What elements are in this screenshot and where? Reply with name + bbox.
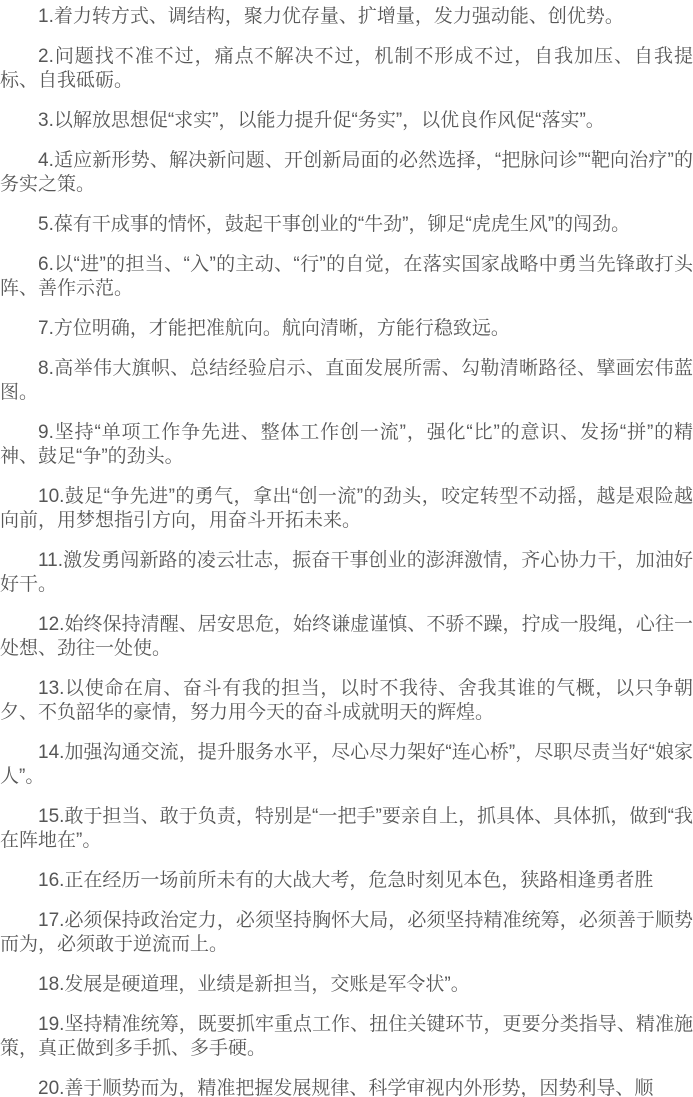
paragraph-14: 14.加强沟通交流，提升服务水平，尽心尽力架好“连心桥”，尽职尽责当好“娘家人”… [0, 741, 693, 789]
paragraph-16: 16.正在经历一场前所未有的大战大考，危急时刻见本色，狭路相逢勇者胜 [0, 869, 693, 893]
paragraph-10: 10.鼓足“争先进”的勇气，拿出“创一流”的劲头，咬定转型不动摇，越是艰险越向前… [0, 485, 693, 533]
paragraph-12: 12.始终保持清醒、居安思危，始终谦虚谨慎、不骄不躁，拧成一股绳，心往一处想、劲… [0, 613, 693, 661]
paragraph-20: 20.善于顺势而为，精准把握发展规律、科学审视内外形势，因势利导、顺 [0, 1077, 693, 1097]
paragraph-19: 19.坚持精准统筹，既要抓牢重点工作、扭住关键环节，更要分类指导、精准施策，真正… [0, 1013, 693, 1061]
paragraph-6: 6.以“进”的担当、“入”的主动、“行”的自觉，在落实国家战略中勇当先锋敢打头阵… [0, 253, 693, 301]
document-page: 1.着力转方式、调结构，聚力优存量、扩增量，发力强动能、创优势。2.问题找不准不… [0, 0, 693, 1097]
paragraph-11: 11.激发勇闯新路的凌云壮志，振奋干事创业的澎湃激情，齐心协力干，加油好好干。 [0, 549, 693, 597]
paragraph-17: 17.必须保持政治定力，必须坚持胸怀大局，必须坚持精准统筹，必须善于顺势而为，必… [0, 909, 693, 957]
paragraph-9: 9.坚持“单项工作争先进、整体工作创一流”，强化“比”的意识、发扬“拼”的精神、… [0, 421, 693, 469]
paragraph-3: 3.以解放思想促“求实”，以能力提升促“务实”，以优良作风促“落实”。 [0, 109, 693, 133]
paragraph-2: 2.问题找不准不过，痛点不解决不过，机制不形成不过，自我加压、自我提标、自我砥砺… [0, 45, 693, 93]
paragraph-5: 5.葆有干成事的情怀，鼓起干事创业的“牛劲”，铆足“虎虎生风”的闯劲。 [0, 213, 693, 237]
paragraph-7: 7.方位明确，才能把准航向。航向清晰，方能行稳致远。 [0, 317, 693, 341]
paragraph-15: 15.敢于担当、敢于负责，特别是“一把手”要亲自上，抓具体、具体抓，做到“我在阵… [0, 805, 693, 853]
paragraph-1: 1.着力转方式、调结构，聚力优存量、扩增量，发力强动能、创优势。 [0, 5, 693, 29]
paragraph-13: 13.以使命在肩、奋斗有我的担当，以时不我待、舍我其谁的气概，以只争朝夕、不负韶… [0, 677, 693, 725]
paragraph-8: 8.高举伟大旗帜、总结经验启示、直面发展所需、勾勒清晰路径、擘画宏伟蓝图。 [0, 357, 693, 405]
paragraph-4: 4.适应新形势、解决新问题、开创新局面的必然选择，“把脉问诊”“靶向治疗”的务实… [0, 149, 693, 197]
paragraph-18: 18.发展是硬道理，业绩是新担当，交账是军令状”。 [0, 973, 693, 997]
